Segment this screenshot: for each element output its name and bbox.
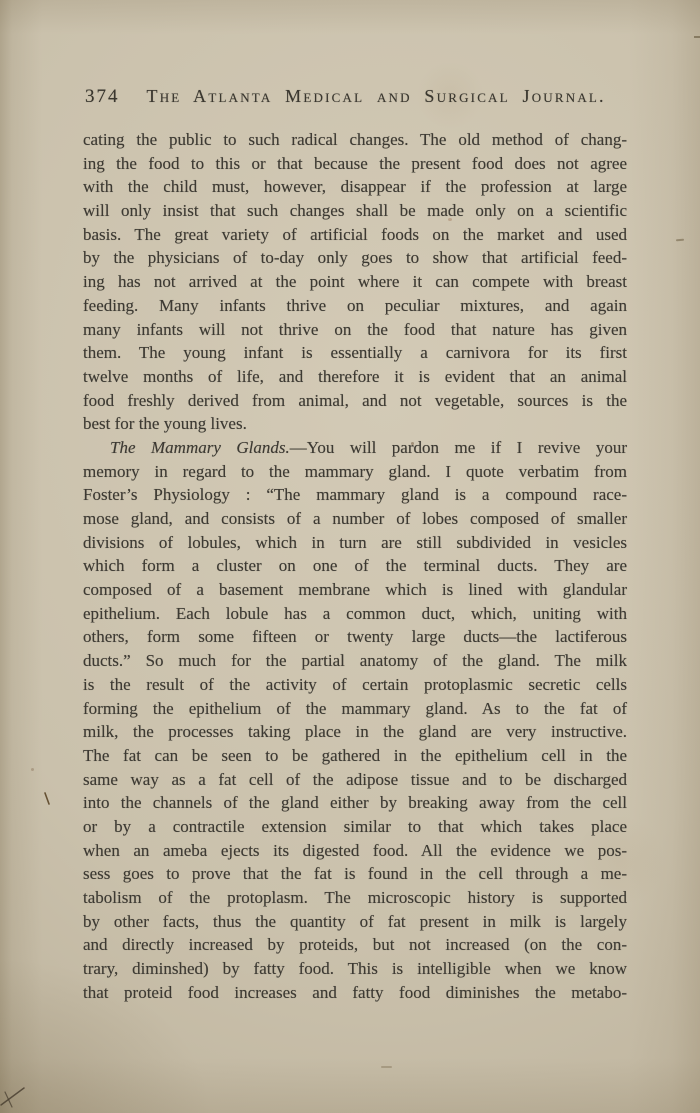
text-line: that proteid food increases and fatty fo… xyxy=(83,981,627,1005)
faint-dash-icon xyxy=(381,1066,392,1068)
margin-pen-mark-icon xyxy=(42,792,52,806)
edge-fleck-icon xyxy=(694,36,700,38)
pencil-dash-icon xyxy=(676,239,684,242)
paper-speck-icon xyxy=(31,768,34,771)
text-line: memory in regard to the mammary gland. I… xyxy=(83,460,627,484)
text-line: The fat can be seen to be gathered in th… xyxy=(83,744,627,768)
text-line: trary, diminshed) by fatty food. This is… xyxy=(83,957,627,981)
running-head: 374 The Atlanta Medical and Surgical Jou… xyxy=(85,86,630,108)
text-line: tabolism of the protoplasm. The microsco… xyxy=(83,886,627,910)
text-line: milk, the processes taking place in the … xyxy=(83,720,627,744)
text-line: ducts.” So much for the partial anatomy … xyxy=(83,649,627,673)
text-line: when an ameba ejects its digested food. … xyxy=(83,839,627,863)
text-line: food freshly derived from animal, and no… xyxy=(83,389,627,413)
text-line: with the child must, however, disappear … xyxy=(83,175,627,199)
text-line: will only insist that such changes shall… xyxy=(83,199,627,223)
text-line: cating the public to such radical change… xyxy=(83,128,627,152)
text-line: best for the young lives. xyxy=(83,412,627,436)
handwritten-corner-mark-icon xyxy=(0,1083,26,1111)
text-line: by other facts, thus the quantity of fat… xyxy=(83,910,627,934)
text-line: is the result of the activity of certain… xyxy=(83,673,627,697)
text-line: them. The young infant is essentially a … xyxy=(83,341,627,365)
text-line: ing has not arrived at the point where i… xyxy=(83,270,627,294)
text-line: forming the epithelium of the mammary gl… xyxy=(83,697,627,721)
text-line: which form a cluster on one of the termi… xyxy=(83,554,627,578)
text-line: mose gland, and consists of a number of … xyxy=(83,507,627,531)
text-line: The Mammary Glands.—You will pardon me i… xyxy=(83,436,627,460)
text-line: basis. The great variety of artificial f… xyxy=(83,223,627,247)
text-line: epithelium. Each lobule has a common duc… xyxy=(83,602,627,626)
text-line: composed of a basement membrane which is… xyxy=(83,578,627,602)
text-line: by the physicians of to-day only goes to… xyxy=(83,246,627,270)
text-line: into the channels of the gland either by… xyxy=(83,791,627,815)
text-line: Foster’s Physiology : “The mammary gland… xyxy=(83,483,627,507)
text-block: cating the public to such radical change… xyxy=(83,128,627,1004)
text-line: divisions of lobules, which in turn are … xyxy=(83,531,627,555)
scan-page: 374 The Atlanta Medical and Surgical Jou… xyxy=(0,0,700,1113)
text-line: and directly increased by proteids, but … xyxy=(83,933,627,957)
text-line: same way as a fat cell of the adipose ti… xyxy=(83,768,627,792)
text-line: many infants will not thrive on the food… xyxy=(83,318,627,342)
text-line: or by a contractile extension similar to… xyxy=(83,815,627,839)
text-line: sess goes to prove that the fat is found… xyxy=(83,862,627,886)
italic-section-heading: The Mammary Glands. xyxy=(110,438,290,457)
page-number: 374 xyxy=(85,86,120,108)
text-line: others, form some fifteen or twenty larg… xyxy=(83,625,627,649)
journal-title: The Atlanta Medical and Surgical Journal… xyxy=(147,86,606,107)
text-line: feeding. Many infants thrive on peculiar… xyxy=(83,294,627,318)
text-line: twelve months of life, and therefore it … xyxy=(83,365,627,389)
text-line: ing the food to this or that because the… xyxy=(83,152,627,176)
